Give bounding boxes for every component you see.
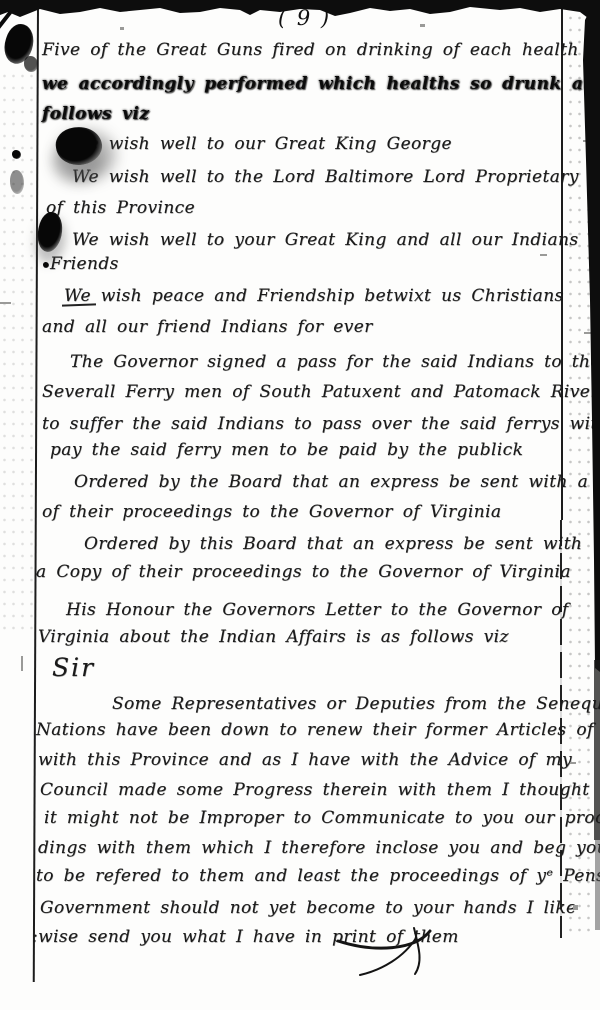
manuscript-line: Friends [50,252,119,276]
manuscript-line: Ordered by the Board that an express be … [74,470,600,494]
manuscript-line: Ordered by this Board that an express be… [84,532,582,556]
manuscript-line: pay the said ferry men to be paid by the… [50,438,523,462]
manuscript-line: and all our friend Indians for ever [42,315,373,339]
manuscript-line: with this Province and as I have with th… [38,748,572,772]
scan-speck [420,24,425,27]
ink-dot [12,150,21,159]
scan-speck [590,146,592,157]
manuscript-line-salutation: Sir [52,656,95,680]
manuscript-line: a Copy of their proceedings to the Gover… [36,560,571,584]
manuscript-page: ( 9 ) Five of the Great Guns fired on dr… [0,0,600,1010]
manuscript-line: to be refered to them and least the proc… [36,864,600,888]
scan-speck [570,762,576,764]
scan-speck [573,905,578,910]
manuscript-line: :wise send you what I have in print of t… [32,925,459,949]
scan-speck [120,27,124,30]
manuscript-line: We wish well to your Great King and all … [72,228,579,252]
manuscript-line: The Governor signed a pass for the said … [70,350,600,374]
scan-speck [584,332,592,334]
page-number: ( 9 ) [278,6,331,30]
manuscript-line: We wish well to our Great King George [72,132,452,156]
manuscript-line: Nations have been down to renew their fo… [36,718,600,742]
manuscript-line: His Honour the Governors Letter to the G… [66,598,569,622]
manuscript-line: of this Province [46,196,195,220]
manuscript-line: Severall Ferry men of South Patuxent and… [42,380,600,404]
manuscript-line: to suffer the said Indians to pass over … [42,412,600,436]
ink-blot [24,56,38,72]
ink-smudge [10,170,24,194]
manuscript-line: follows viz [42,102,149,126]
manuscript-line: we accordingly performed which healths s… [42,72,600,96]
manuscript-line: Council made some Progress therein with … [40,778,590,802]
manuscript-line: Virginia about the Indian Affairs is as … [38,625,509,649]
ink-blot [54,124,105,168]
manuscript-line: Five of the Great Guns fired on drinking… [42,38,600,62]
scan-speck [0,302,11,304]
scan-speck [583,140,592,142]
manuscript-line: We wish peace and Friendship betwixt us … [64,284,564,308]
scan-speck [540,254,547,256]
manuscript-line: dings with them which I therefore inclos… [38,836,600,860]
manuscript-line: We wish well to the Lord Baltimore Lord … [72,165,579,189]
scan-speck [21,656,23,671]
ink-dot [43,262,49,268]
manuscript-line: of their proceedings to the Governor of … [42,500,501,524]
manuscript-line: Some Representatives or Deputies from th… [112,692,600,716]
manuscript-line: it might not be Improper to Communicate … [44,806,600,830]
manuscript-line: Government should not yet become to your… [40,896,577,920]
